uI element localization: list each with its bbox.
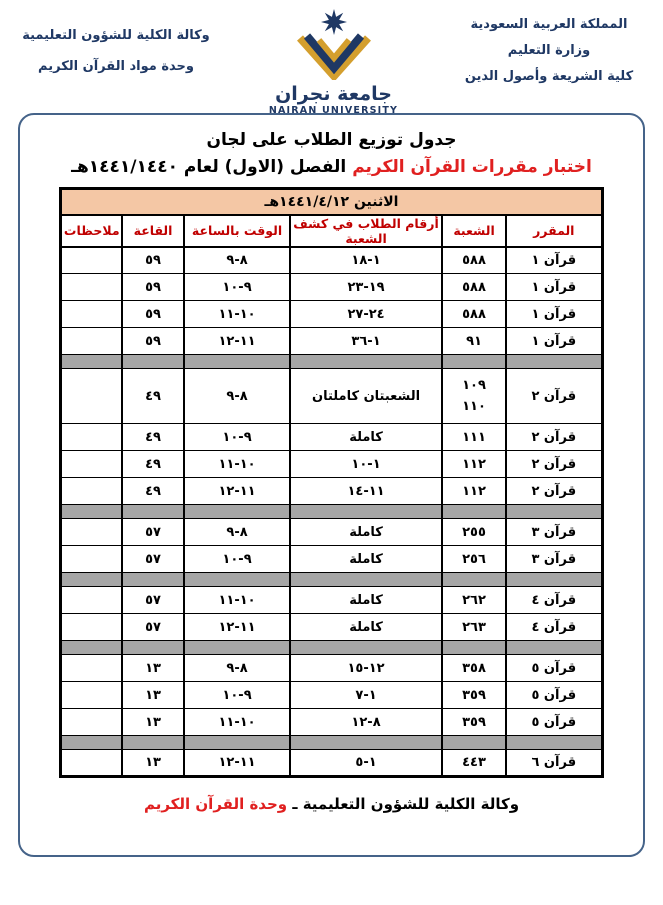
section-cell: ٥٨٨ [442, 301, 506, 328]
students-cell: الشعبتان كاملتان [290, 369, 442, 424]
column-header-notes: ملاحظات [61, 215, 122, 247]
letterhead-right: المملكة العربية السعودية وزارة التعليم ك… [435, 4, 663, 95]
column-header-students: أرقام الطلاب في كشف الشعبة [290, 215, 442, 247]
college-label: كلية الشريعة وأصول الدين [435, 69, 663, 84]
letterhead-left: وكالة الكلية للشؤون التعليمية وحدة مواد … [0, 4, 232, 90]
course-cell: قرآن ٦ [506, 750, 602, 777]
room-cell: ٤٩ [122, 369, 184, 424]
notes-cell [61, 709, 122, 736]
kingdom-label: المملكة العربية السعودية [435, 17, 663, 32]
section-cell: ١١٢ [442, 478, 506, 505]
table-row: قرآن ٢ ١١٢ ١-١٠ ١٠-١١ ٤٩ [61, 451, 602, 478]
quran-materials-unit-label: وحدة مواد القرآن الكريم [0, 59, 232, 74]
schedule-title: جدول توزيع الطلاب على لجان [20, 130, 643, 150]
students-cell: كاملة [290, 546, 442, 573]
course-cell: قرآن ١ [506, 274, 602, 301]
section-cell: ٢٦٣ [442, 614, 506, 641]
section-cell: ٣٥٩ [442, 682, 506, 709]
time-cell: ٩-١٠ [184, 682, 290, 709]
notes-cell [61, 655, 122, 682]
notes-cell [61, 519, 122, 546]
notes-cell [61, 369, 122, 424]
time-cell: ١١-١٢ [184, 750, 290, 777]
course-cell: قرآن ١ [506, 301, 602, 328]
table-row: قرآن ٥ ٣٥٨ ١٢-١٥ ٨-٩ ١٣ [61, 655, 602, 682]
exam-schedule-table: الاثنين ١٤٤١/٤/١٢هـ المقرر الشعبة أرقام … [59, 187, 603, 778]
najran-university-emblem-icon [274, 8, 394, 80]
room-cell: ١٣ [122, 750, 184, 777]
college-vice-deanship-label: وكالة الكلية للشؤون التعليمية [0, 28, 232, 43]
section-cell: ٥٨٨ [442, 247, 506, 274]
time-cell: ٨-٩ [184, 655, 290, 682]
table-row: قرآن ٣ ٢٥٦ كاملة ٩-١٠ ٥٧ [61, 546, 602, 573]
time-cell: ٨-٩ [184, 369, 290, 424]
group-separator-row [61, 641, 602, 655]
table-row: قرآن ٥ ٣٥٩ ١-٧ ٩-١٠ ١٣ [61, 682, 602, 709]
time-cell: ١١-١٢ [184, 328, 290, 355]
room-cell: ٥٩ [122, 274, 184, 301]
students-cell: ١-١٨ [290, 247, 442, 274]
room-cell: ٥٧ [122, 519, 184, 546]
table-row: قرآن ١ ٩١ ١-٣٦ ١١-١٢ ٥٩ [61, 328, 602, 355]
footer-red-part: وحدة القرآن الكريم [144, 795, 287, 813]
letterhead: وكالة الكلية للشؤون التعليمية وحدة مواد … [0, 4, 663, 110]
room-cell: ٤٩ [122, 451, 184, 478]
table-row: قرآن ٢ ١١٢ ١١-١٤ ١١-١٢ ٤٩ [61, 478, 602, 505]
logo-arabic-name: جامعة نجران [254, 84, 414, 104]
students-cell: ١-٥ [290, 750, 442, 777]
room-cell: ١٣ [122, 682, 184, 709]
students-cell: كاملة [290, 424, 442, 451]
table-row: قرآن ١ ٥٨٨ ٢٤-٢٧ ١٠-١١ ٥٩ [61, 301, 602, 328]
notes-cell [61, 750, 122, 777]
exam-title: اختبار مقررات القرآن الكريم الفصل (الاول… [20, 157, 643, 177]
column-header-room: القاعة [122, 215, 184, 247]
time-cell: ٨-٩ [184, 247, 290, 274]
notes-cell [61, 328, 122, 355]
schedule-box: جدول توزيع الطلاب على لجان اختبار مقررات… [18, 113, 645, 857]
section-cell: ١١١ [442, 424, 506, 451]
students-cell: ١-١٠ [290, 451, 442, 478]
section-cell: ٥٨٨ [442, 274, 506, 301]
course-cell: قرآن ٥ [506, 682, 602, 709]
course-cell: قرآن ٣ [506, 546, 602, 573]
room-cell: ٥٩ [122, 247, 184, 274]
section-cell: ٢٥٥ [442, 519, 506, 546]
notes-cell [61, 451, 122, 478]
document-page: وكالة الكلية للشؤون التعليمية وحدة مواد … [0, 0, 663, 905]
section-cell: ٢٥٦ [442, 546, 506, 573]
course-cell: قرآن ١ [506, 328, 602, 355]
section-cell: ٣٥٨ [442, 655, 506, 682]
notes-cell [61, 301, 122, 328]
room-cell: ٥٧ [122, 546, 184, 573]
section-cell: ٩١ [442, 328, 506, 355]
time-cell: ٩-١٠ [184, 424, 290, 451]
group-separator-row [61, 505, 602, 519]
notes-cell [61, 546, 122, 573]
time-cell: ١١-١٢ [184, 614, 290, 641]
footer-black-part: وكالة الكلية للشؤون التعليمية ـ [292, 795, 519, 813]
students-cell: كاملة [290, 519, 442, 546]
column-header-section: الشعبة [442, 215, 506, 247]
students-cell: ٨-١٢ [290, 709, 442, 736]
section-number-1: ١٠٩ [443, 375, 505, 396]
students-cell: ٢٤-٢٧ [290, 301, 442, 328]
column-header-course: المقرر [506, 215, 602, 247]
room-cell: ١٣ [122, 655, 184, 682]
section-cell: ٢٦٢ [442, 587, 506, 614]
table-row: قرآن ١ ٥٨٨ ١-١٨ ٨-٩ ٥٩ [61, 247, 602, 274]
room-cell: ٤٩ [122, 478, 184, 505]
notes-cell [61, 682, 122, 709]
group-separator-row [61, 573, 602, 587]
time-cell: ١٠-١١ [184, 587, 290, 614]
exam-title-red-part: اختبار مقررات القرآن الكريم [352, 157, 592, 177]
group-separator-row [61, 355, 602, 369]
university-logo: جامعة نجران NAJRAN UNIVERSITY تأسست عام … [254, 4, 414, 125]
course-cell: قرآن ٢ [506, 478, 602, 505]
star-icon [321, 9, 347, 35]
course-cell: قرآن ٤ [506, 614, 602, 641]
table-row: قرآن ٥ ٣٥٩ ٨-١٢ ١٠-١١ ١٣ [61, 709, 602, 736]
section-cell: ١٠٩ ١١٠ [442, 369, 506, 424]
notes-cell [61, 587, 122, 614]
time-cell: ١١-١٢ [184, 478, 290, 505]
course-cell: قرآن ٢ [506, 451, 602, 478]
course-cell: قرآن ٢ [506, 424, 602, 451]
time-cell: ١٠-١١ [184, 709, 290, 736]
exam-title-black-part: الفصل (الاول) لعام ١٤٤١/١٤٤٠هـ [71, 157, 346, 177]
notes-cell [61, 614, 122, 641]
section-cell: ٣٥٩ [442, 709, 506, 736]
notes-cell [61, 478, 122, 505]
students-cell: ١-٣٦ [290, 328, 442, 355]
room-cell: ١٣ [122, 709, 184, 736]
course-cell: قرآن ٥ [506, 709, 602, 736]
time-cell: ١٠-١١ [184, 451, 290, 478]
time-cell: ٨-٩ [184, 519, 290, 546]
time-cell: ٩-١٠ [184, 274, 290, 301]
table-row: قرآن ٤ ٢٦٣ كاملة ١١-١٢ ٥٧ [61, 614, 602, 641]
notes-cell [61, 424, 122, 451]
notes-cell [61, 274, 122, 301]
students-cell: كاملة [290, 587, 442, 614]
room-cell: ٥٧ [122, 614, 184, 641]
table-row: قرآن ٤ ٢٦٢ كاملة ١٠-١١ ٥٧ [61, 587, 602, 614]
students-cell: ١١-١٤ [290, 478, 442, 505]
course-cell: قرآن ١ [506, 247, 602, 274]
table-row: قرآن ١ ٥٨٨ ١٩-٢٣ ٩-١٠ ٥٩ [61, 274, 602, 301]
exam-date: الاثنين ١٤٤١/٤/١٢هـ [61, 189, 602, 215]
section-cell: ١١٢ [442, 451, 506, 478]
room-cell: ٤٩ [122, 424, 184, 451]
table-row: قرآن ٣ ٢٥٥ كاملة ٨-٩ ٥٧ [61, 519, 602, 546]
table-row: قرآن ٢ ١٠٩ ١١٠ الشعبتان كاملتان ٨-٩ ٤٩ [61, 369, 602, 424]
course-cell: قرآن ٢ [506, 369, 602, 424]
group-separator-row [61, 736, 602, 750]
footer-line: وكالة الكلية للشؤون التعليمية ـ وحدة الق… [20, 795, 643, 813]
section-number-2: ١١٠ [443, 396, 505, 417]
course-cell: قرآن ٥ [506, 655, 602, 682]
ministry-label: وزارة التعليم [435, 43, 663, 58]
students-cell: ١-٧ [290, 682, 442, 709]
column-header-row: المقرر الشعبة أرقام الطلاب في كشف الشعبة… [61, 215, 602, 247]
table-row: قرآن ٢ ١١١ كاملة ٩-١٠ ٤٩ [61, 424, 602, 451]
students-cell: كاملة [290, 614, 442, 641]
course-cell: قرآن ٤ [506, 587, 602, 614]
room-cell: ٥٩ [122, 301, 184, 328]
time-cell: ١٠-١١ [184, 301, 290, 328]
notes-cell [61, 247, 122, 274]
students-cell: ١٢-١٥ [290, 655, 442, 682]
room-cell: ٥٧ [122, 587, 184, 614]
section-cell: ٤٤٣ [442, 750, 506, 777]
course-cell: قرآن ٣ [506, 519, 602, 546]
students-cell: ١٩-٢٣ [290, 274, 442, 301]
table-row: قرآن ٦ ٤٤٣ ١-٥ ١١-١٢ ١٣ [61, 750, 602, 777]
column-header-time: الوقت بالساعة [184, 215, 290, 247]
time-cell: ٩-١٠ [184, 546, 290, 573]
date-header-row: الاثنين ١٤٤١/٤/١٢هـ [61, 189, 602, 215]
room-cell: ٥٩ [122, 328, 184, 355]
